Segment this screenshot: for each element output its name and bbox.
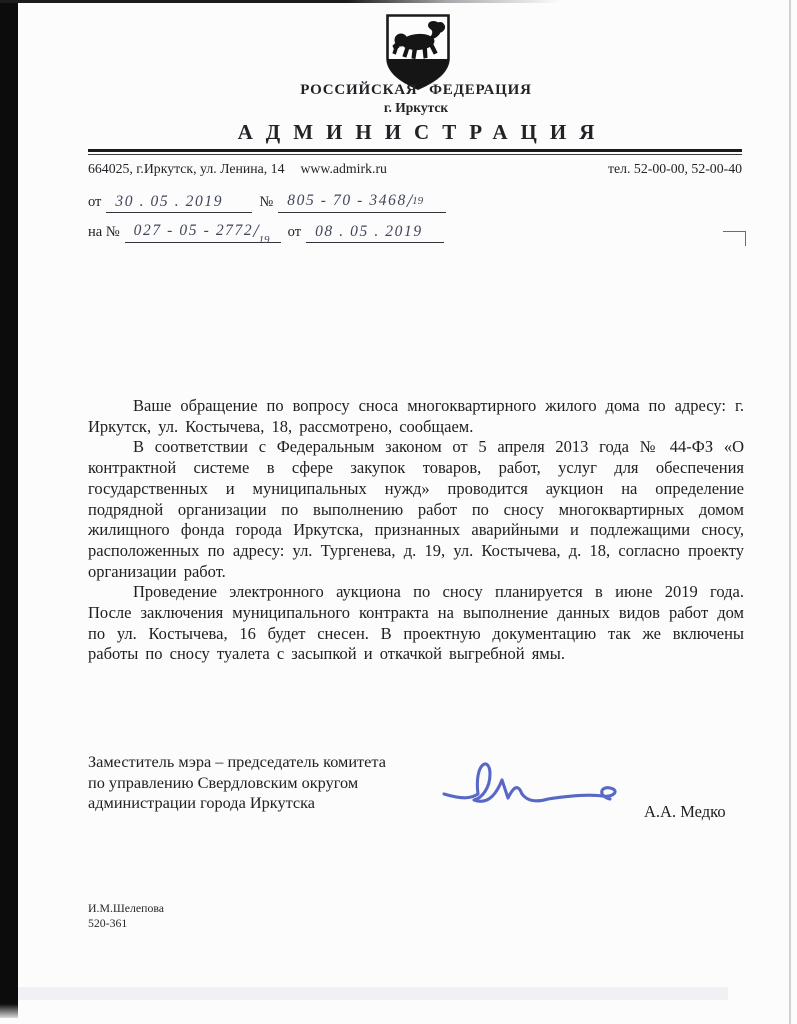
irkutsk-coat-of-arms-icon <box>385 13 451 93</box>
letterhead-phone: тел. 52-00-00, 52-00-40 <box>608 161 742 177</box>
letterhead-contact-row: 664025, г.Иркутск, ул. Ленина, 14www.adm… <box>88 161 742 177</box>
scanned-letter-page: РОССИЙСКАЯ ФЕДЕРАЦИЯ г. Иркутск АДМИНИСТ… <box>0 0 797 1024</box>
outgoing-number-year: 19 <box>412 195 423 207</box>
incoming-reference-row: на № 027 - 05 - 2772/19 от 08 . 05 . 201… <box>88 219 451 243</box>
incoming-number-year: 19 <box>259 234 270 246</box>
executor-block: И.М.Шелепова 520-361 <box>88 901 164 930</box>
letter-body: Ваше обращение по вопросу сноса многоква… <box>88 396 744 665</box>
signer-position-line: администрации города Иркутска <box>88 793 468 814</box>
executor-phone: 520-361 <box>88 916 164 931</box>
letterhead-double-rule <box>88 149 742 155</box>
signature-scribble <box>438 750 630 816</box>
addressee-corner-mark <box>723 231 746 246</box>
letterhead-address-block: 664025, г.Иркутск, ул. Ленина, 14www.adm… <box>88 161 387 177</box>
letterhead-country: РОССИЙСКАЯ ФЕДЕРАЦИЯ <box>88 82 744 99</box>
body-paragraph: Проведение электронного аукциона по снос… <box>88 582 744 665</box>
outgoing-date-handwritten: 30 . 05 . 2019 <box>115 193 223 210</box>
body-paragraph: Ваше обращение по вопросу сноса многоква… <box>88 396 744 437</box>
incoming-number-slash: / <box>253 221 258 242</box>
executor-name: И.М.Шелепова <box>88 901 164 916</box>
signer-position-line: Заместитель мэра – председатель комитета <box>88 752 468 773</box>
signer-name: А.А. Медко <box>644 802 726 822</box>
outgoing-reference-row: от 30 . 05 . 2019 № 805 - 70 - 3468/19 <box>88 189 453 213</box>
outgoing-date-label: от <box>88 194 101 213</box>
outgoing-number-sign: № <box>259 194 273 213</box>
letterhead-address: 664025, г.Иркутск, ул. Ленина, 14 <box>88 161 284 176</box>
signer-position-line: по управлению Свердловским округом <box>88 773 468 794</box>
incoming-number-label: на № <box>88 224 120 243</box>
incoming-date-handwritten: 08 . 05 . 2019 <box>315 223 423 240</box>
scan-edge-left <box>0 0 18 1004</box>
body-paragraph: В соответствии с Федеральным законом от … <box>88 437 744 582</box>
scan-shadow-bottom <box>18 987 728 1000</box>
signer-position-block: Заместитель мэра – председатель комитета… <box>88 752 468 814</box>
outgoing-number-field: 805 - 70 - 3468/19 <box>278 189 446 213</box>
letterhead-city: г. Иркутск <box>88 100 744 116</box>
scan-edge-top <box>0 0 560 3</box>
letterhead-organization-title: АДМИНИСТРАЦИЯ <box>88 120 744 145</box>
outgoing-date-field: 30 . 05 . 2019 <box>106 193 252 213</box>
incoming-number-field: 027 - 05 - 2772/19 <box>125 219 281 243</box>
scan-edge-right <box>789 0 791 1024</box>
signature-ink-path <box>444 764 615 801</box>
incoming-number-handwritten: 027 - 05 - 2772 <box>134 222 254 239</box>
incoming-date-field: 08 . 05 . 2019 <box>306 223 444 243</box>
letterhead-website: www.admirk.ru <box>300 161 386 176</box>
outgoing-number-handwritten: 805 - 70 - 3468 <box>287 192 407 209</box>
incoming-date-label: от <box>288 224 301 243</box>
